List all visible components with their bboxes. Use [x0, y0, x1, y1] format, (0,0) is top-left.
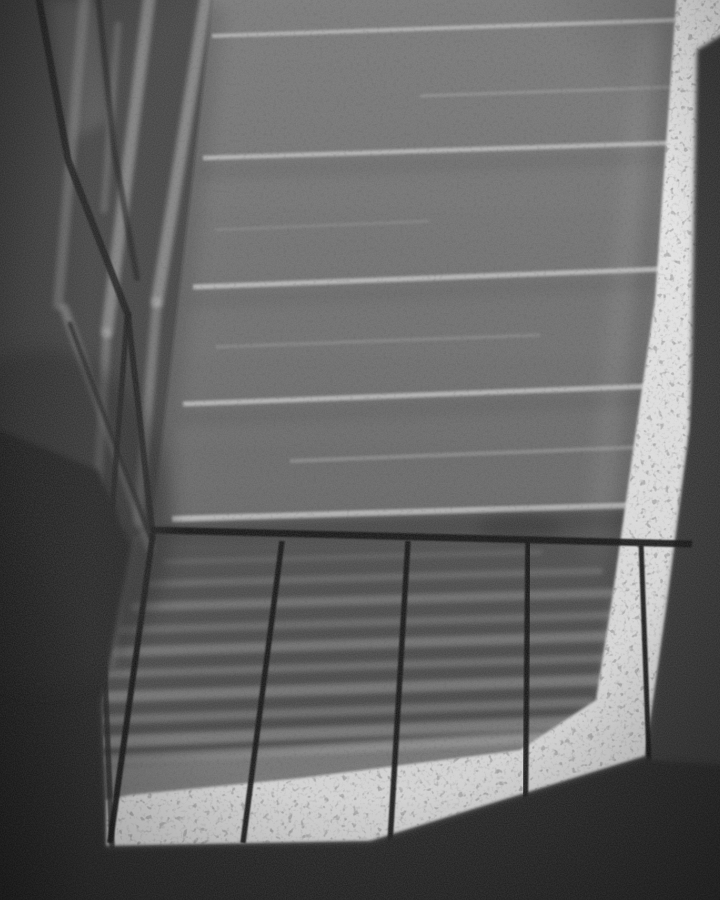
photo-canvas — [0, 0, 720, 900]
staircase-photograph — [0, 0, 720, 900]
vignette — [0, 0, 720, 900]
